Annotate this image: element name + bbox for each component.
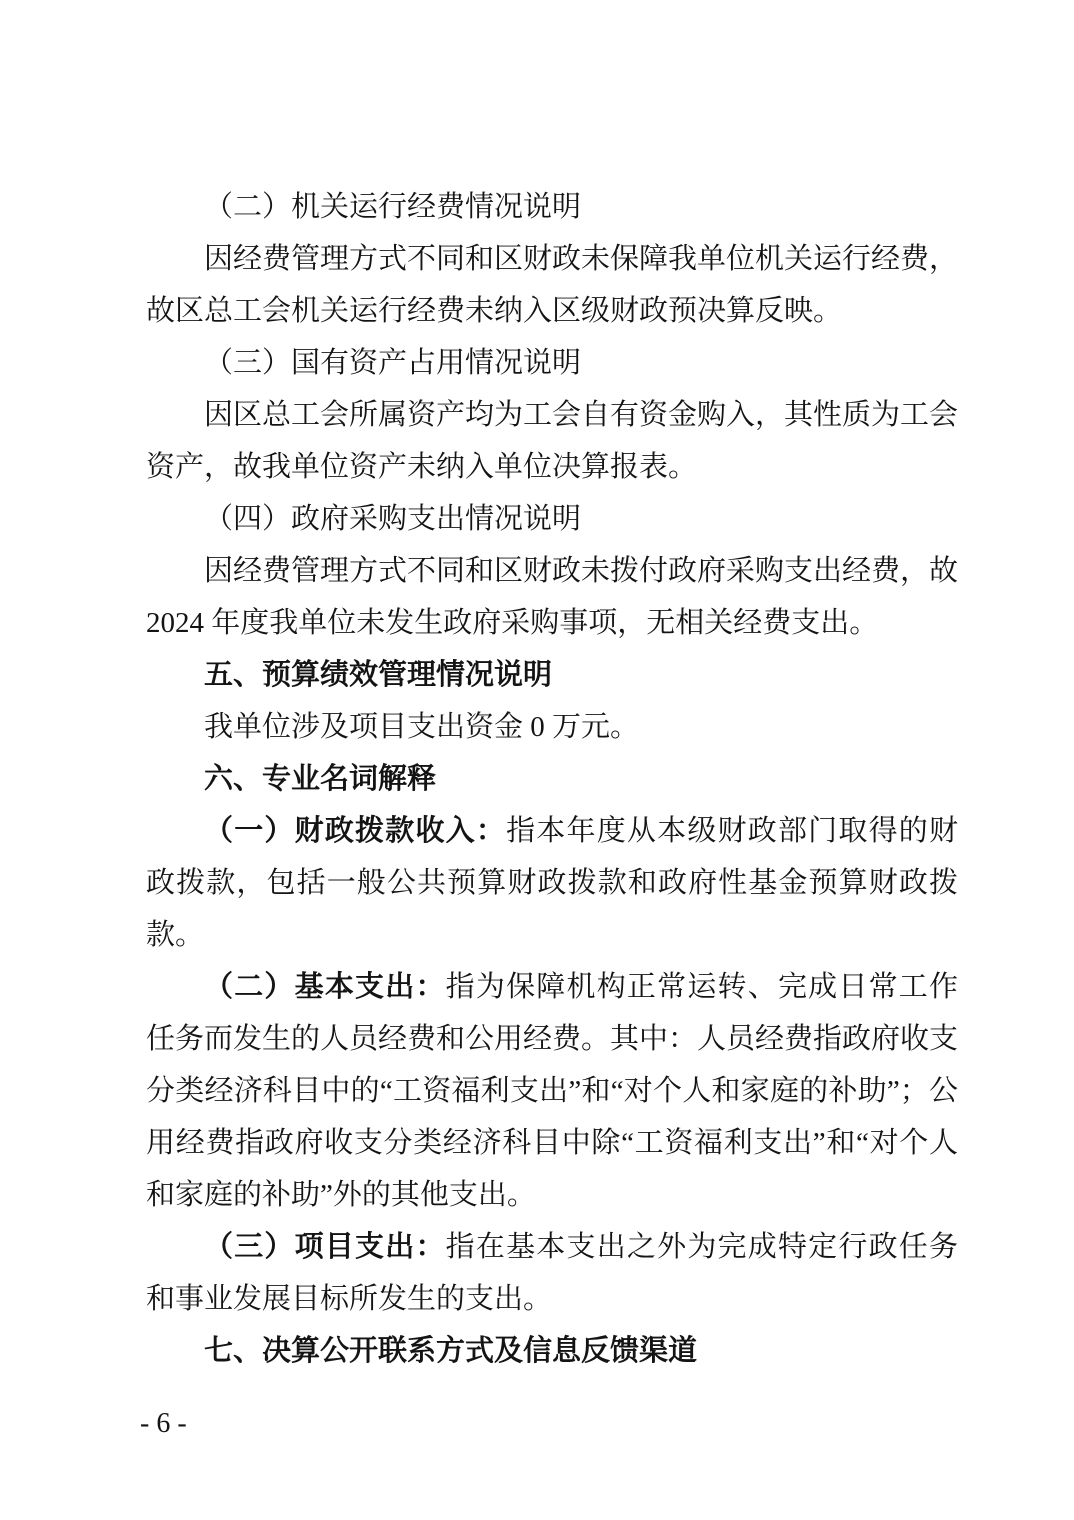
term-fiscal-appropriation: （一）财政拨款收入：指本年度从本级财政部门取得的财政拨款，包括一般公共预算财政拨… [146, 805, 958, 961]
paragraph-state-assets: 因区总工会所属资产均为工会自有资金购入，其性质为工会资产，故我单位资产未纳入单位… [146, 389, 958, 493]
document-page: （二）机关运行经费情况说明 因经费管理方式不同和区财政未保障我单位机关运行经费，… [0, 0, 1074, 1520]
heading-gov-procurement: （四）政府采购支出情况说明 [146, 493, 958, 545]
term-basic-expenditure-definition: 指为保障机构正常运转、完成日常工作任务而发生的人员经费和公用经费。其中：人员经费… [146, 971, 958, 1211]
page-number: - 6 - [140, 1408, 187, 1440]
term-basic-expenditure-lead: （二）基本支出： [204, 971, 446, 1003]
term-basic-expenditure: （二）基本支出：指为保障机构正常运转、完成日常工作任务而发生的人员经费和公用经费… [146, 961, 958, 1221]
term-project-expenditure-lead: （三）项目支出： [204, 1231, 446, 1263]
paragraph-gov-procurement: 因经费管理方式不同和区财政未拨付政府采购支出经费，故 2024 年度我单位未发生… [146, 545, 958, 649]
heading-budget-performance: 五、预算绩效管理情况说明 [146, 649, 958, 701]
term-project-expenditure: （三）项目支出：指在基本支出之外为完成特定行政任务和事业发展目标所发生的支出。 [146, 1221, 958, 1325]
heading-state-assets: （三）国有资产占用情况说明 [146, 337, 958, 389]
paragraph-org-expense: 因经费管理方式不同和区财政未保障我单位机关运行经费，故区总工会机关运行经费未纳入… [146, 233, 958, 337]
term-fiscal-appropriation-lead: （一）财政拨款收入： [204, 815, 506, 847]
heading-org-expense: （二）机关运行经费情况说明 [146, 181, 958, 233]
heading-terminology: 六、专业名词解释 [146, 753, 958, 805]
heading-contact: 七、决算公开联系方式及信息反馈渠道 [146, 1325, 958, 1377]
document-body: （二）机关运行经费情况说明 因经费管理方式不同和区财政未保障我单位机关运行经费，… [146, 181, 958, 1377]
paragraph-budget-performance: 我单位涉及项目支出资金 0 万元。 [146, 701, 958, 753]
